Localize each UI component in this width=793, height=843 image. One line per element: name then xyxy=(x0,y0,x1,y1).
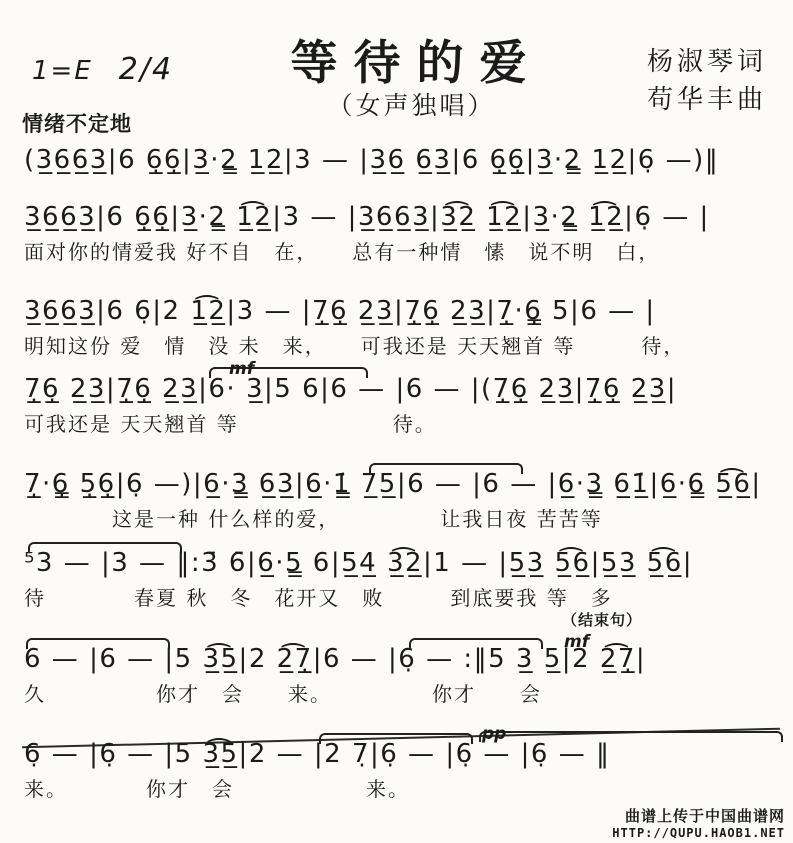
lyricist-credit: 杨淑琴词 xyxy=(647,44,767,82)
watermark-url: HTTP://QUPU.HAOB1.NET xyxy=(612,826,785,840)
notation-line-3: 3̲6̲6̲3̲|6 6̣|2 1̲͡2̲|3 — |7̲̣6̲̣ 2̲3̲|7… xyxy=(24,297,787,327)
slur-mark xyxy=(409,638,543,649)
slur-mark xyxy=(319,733,473,744)
lyrics-line-3: 明知这份 爱 情 没 未 来， 可我还是 天天翘首 等 待， xyxy=(24,330,787,359)
notation-line-4: 7̲̣6̲̣ 2̲3̲|7̲̣6̲̣ 2̲3̲|6· 3̲|5 6|6 — |6… xyxy=(24,375,787,405)
slur-mark xyxy=(369,463,523,474)
lyrics-line-6: 待 春夏 秋 冬 花开又 败 到底要我 等 多 xyxy=(24,582,787,611)
system-3: 3̲6̲6̲3̲|6 6̣|2 1̲͡2̲|3 — |7̲̣6̲̣ 2̲3̲|7… xyxy=(24,297,787,359)
dynamic-marking-pp: pp xyxy=(482,724,506,744)
composer-credit: 苟华丰曲 xyxy=(647,82,767,120)
slur-mark xyxy=(26,638,170,649)
slur-mark xyxy=(28,542,182,553)
section-label-ending: （结束句） xyxy=(562,609,642,630)
system-4: mf 7̲̣6̲̣ 2̲3̲|7̲̣6̲̣ 2̲3̲|6· 3̲|5 6|6 —… xyxy=(24,375,787,437)
notation-line-1: (3̲6̲6̲3̲|6 6̲̣6̲̣|3̲·2̳ 1̲2̲|3 — |3̲6̲ … xyxy=(24,146,787,176)
watermark: 曲谱上传于中国曲谱网 HTTP://QUPU.HAOB1.NET xyxy=(612,805,785,840)
notation-line-7: 6 — |6 — |5 3̲͡5̲|2 2̲͡7̲̣|6 — |6̣ — :‖5… xyxy=(24,645,787,675)
lyrics-line-7: 久 你才 会 来。 你才 会 xyxy=(24,678,787,707)
system-2: 3̲6̲6̲3̲|6 6̲̣6̲̣|3̲·2̳ 1̲͡2̲|3 — |3̲6̲6… xyxy=(24,203,787,265)
notation-line-5: 7̲̣·6̳̣ 5̲̣6̲̣|6̣ —)|6̲·3̳ 6̲3̲|6̲·1̳̇ 7… xyxy=(24,470,787,500)
system-7: （结束句） mf 6 — |6 — |5 3̲͡5̲|2 2̲͡7̲̣|6 — … xyxy=(24,645,787,707)
credits-block: 杨淑琴词 苟华丰曲 xyxy=(647,44,767,119)
dynamic-marking-mf: mf xyxy=(229,359,254,379)
notation-line-8: 6̣ — |6̣ — |5 3̲͡5̲|2 — |2 7̣|6̣ — |6̣ —… xyxy=(24,740,787,770)
notation-line-2: 3̲6̲6̲3̲|6 6̲̣6̲̣|3̲·2̳ 1̲͡2̲|3 — |3̲6̲6… xyxy=(24,203,787,233)
system-8: pp 6̣ — |6̣ — |5 3̲͡5̲|2 — |2 7̣|6̣ — |6… xyxy=(24,740,787,802)
dynamic-marking-mf: mf xyxy=(564,632,589,652)
slur-mark xyxy=(479,731,783,742)
system-6: ⁵3 — |3 — ‖:3̄ 6̄|6̲·5̳ 6|5̲4̲ 3̲͡2̲|1 —… xyxy=(24,549,787,611)
lyrics-line-4: 可我还是 天天翘首 等 待。 xyxy=(24,408,787,437)
system-1: (3̲6̲6̲3̲|6 6̲̣6̲̣|3̲·2̳ 1̲2̲|3 — |3̲6̲ … xyxy=(24,146,787,176)
system-5: 7̲̣·6̳̣ 5̲̣6̲̣|6̣ —)|6̲·3̳ 6̲3̲|6̲·1̳̇ 7… xyxy=(24,470,787,532)
sheet-music-page: 1=E2/4 情绪不定地 等待的爱 （女声独唱） 杨淑琴词 苟华丰曲 (3̲6̲… xyxy=(0,0,793,843)
lyrics-line-8: 来。 你才 会 来。 xyxy=(24,773,787,802)
lyrics-line-2: 面对你的情爱我 好不自 在， 总有一种情 愫 说不明 白， xyxy=(24,236,787,265)
lyrics-line-5: 这是一种 什么样的爱， 让我日夜 苦苦等 xyxy=(24,503,787,532)
watermark-text: 曲谱上传于中国曲谱网 xyxy=(612,805,785,826)
notation-line-6: ⁵3 — |3 — ‖:3̄ 6̄|6̲·5̳ 6|5̲4̲ 3̲͡2̲|1 —… xyxy=(24,549,787,579)
